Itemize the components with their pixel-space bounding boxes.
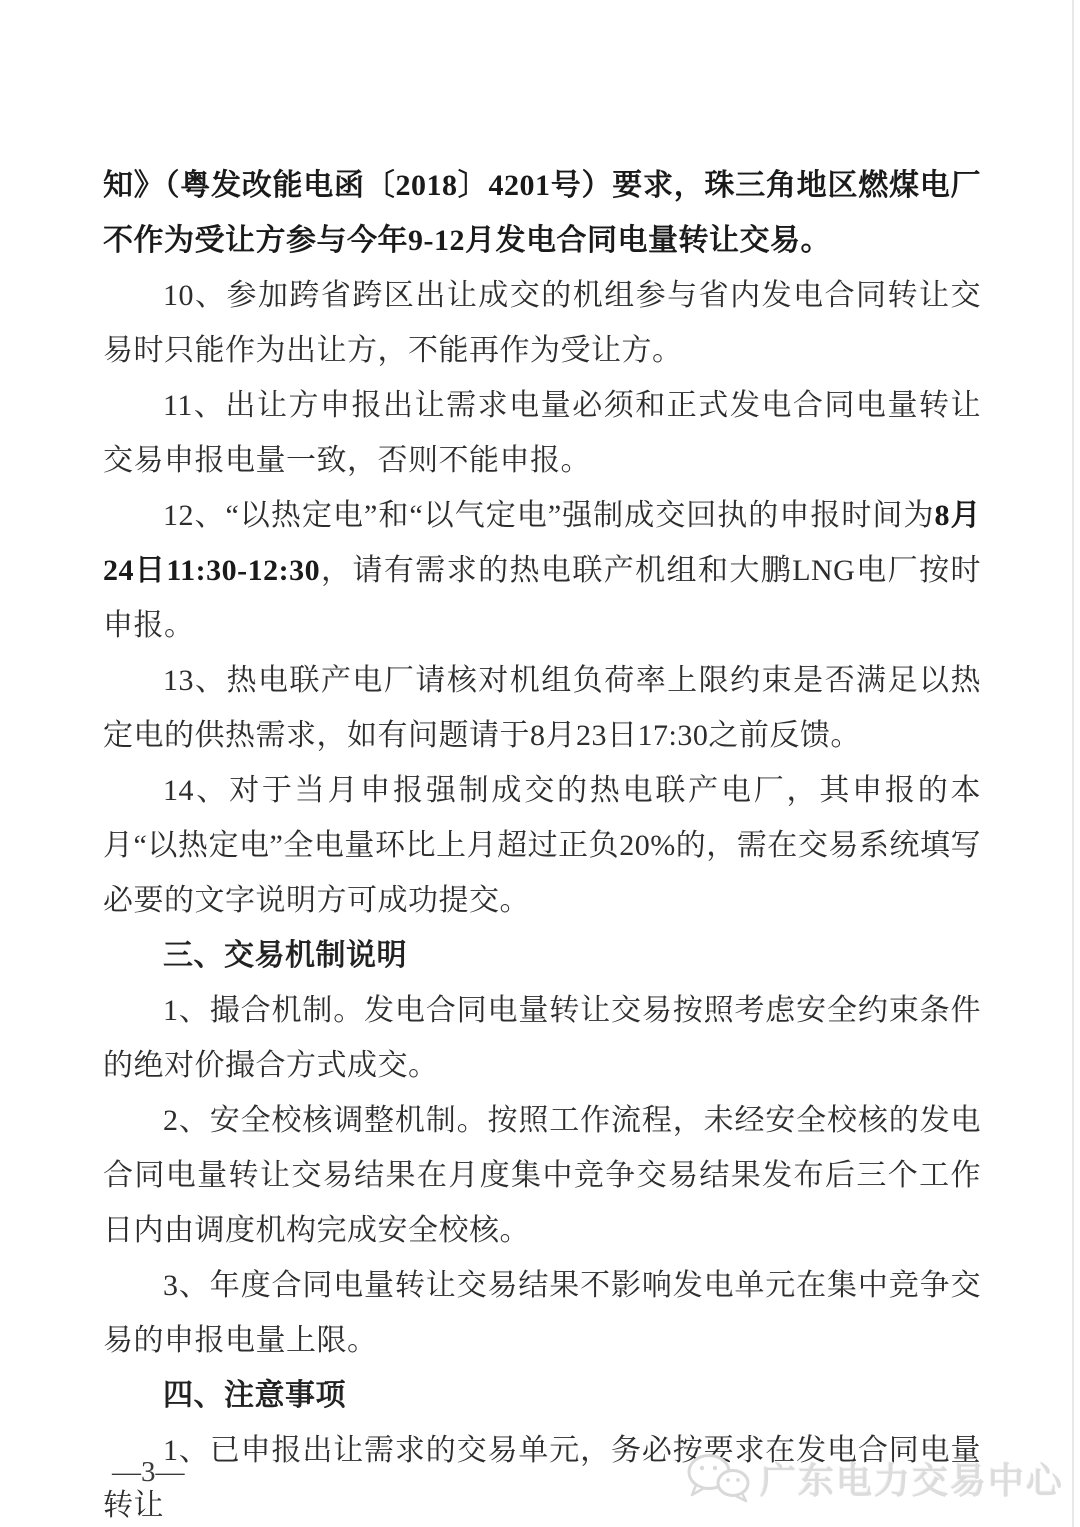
scan-artifact-line	[1072, 0, 1074, 1527]
page-number: —3—	[112, 1452, 185, 1492]
document-body: 知》（粤发改能电函〔2018〕4201号）要求，珠三角地区燃煤电厂不作为受让方参…	[103, 158, 981, 1527]
paragraph-continuation: 知》（粤发改能电函〔2018〕4201号）要求，珠三角地区燃煤电厂不作为受让方参…	[103, 158, 981, 268]
wechat-icon	[686, 1452, 752, 1504]
paragraph-item-10: 10、参加跨省跨区出让成交的机组参与省内发电合同转让交易时只能作为出让方，不能再…	[103, 268, 981, 378]
section-heading-trading-mechanism: 三、交易机制说明	[103, 928, 981, 983]
paragraph-item-11: 11、出让方申报出让需求电量必须和正式发电合同电量转让交易申报电量一致，否则不能…	[103, 378, 981, 488]
paragraph-item-12: 12、“以热定电”和“以气定电”强制成交回执的申报时间为8月24日11:30-1…	[103, 488, 981, 653]
watermark: 广东电力交易中心	[686, 1452, 1064, 1504]
paragraph-text: 12、“以热定电”和“以气定电”强制成交回执的申报时间为	[163, 499, 934, 532]
paragraph-item-13: 13、热电联产电厂请核对机组负荷率上限约束是否满足以热定电的供热需求，如有问题请…	[103, 653, 981, 763]
watermark-label: 广东电力交易中心	[760, 1453, 1064, 1504]
document-page: 知》（粤发改能电函〔2018〕4201号）要求，珠三角地区燃煤电厂不作为受让方参…	[0, 0, 1080, 1527]
section-heading-notes: 四、注意事项	[103, 1368, 981, 1423]
paragraph-mechanism-3: 3、年度合同电量转让交易结果不影响发电单元在集中竞争交易的申报电量上限。	[103, 1258, 981, 1368]
paragraph-item-14: 14、对于当月申报强制成交的热电联产电厂，其申报的本月“以热定电”全电量环比上月…	[103, 763, 981, 928]
paragraph-mechanism-2: 2、安全校核调整机制。按照工作流程，未经安全校核的发电合同电量转让交易结果在月度…	[103, 1093, 981, 1258]
paragraph-mechanism-1: 1、撮合机制。发电合同电量转让交易按照考虑安全约束条件的绝对价撮合方式成交。	[103, 983, 981, 1093]
